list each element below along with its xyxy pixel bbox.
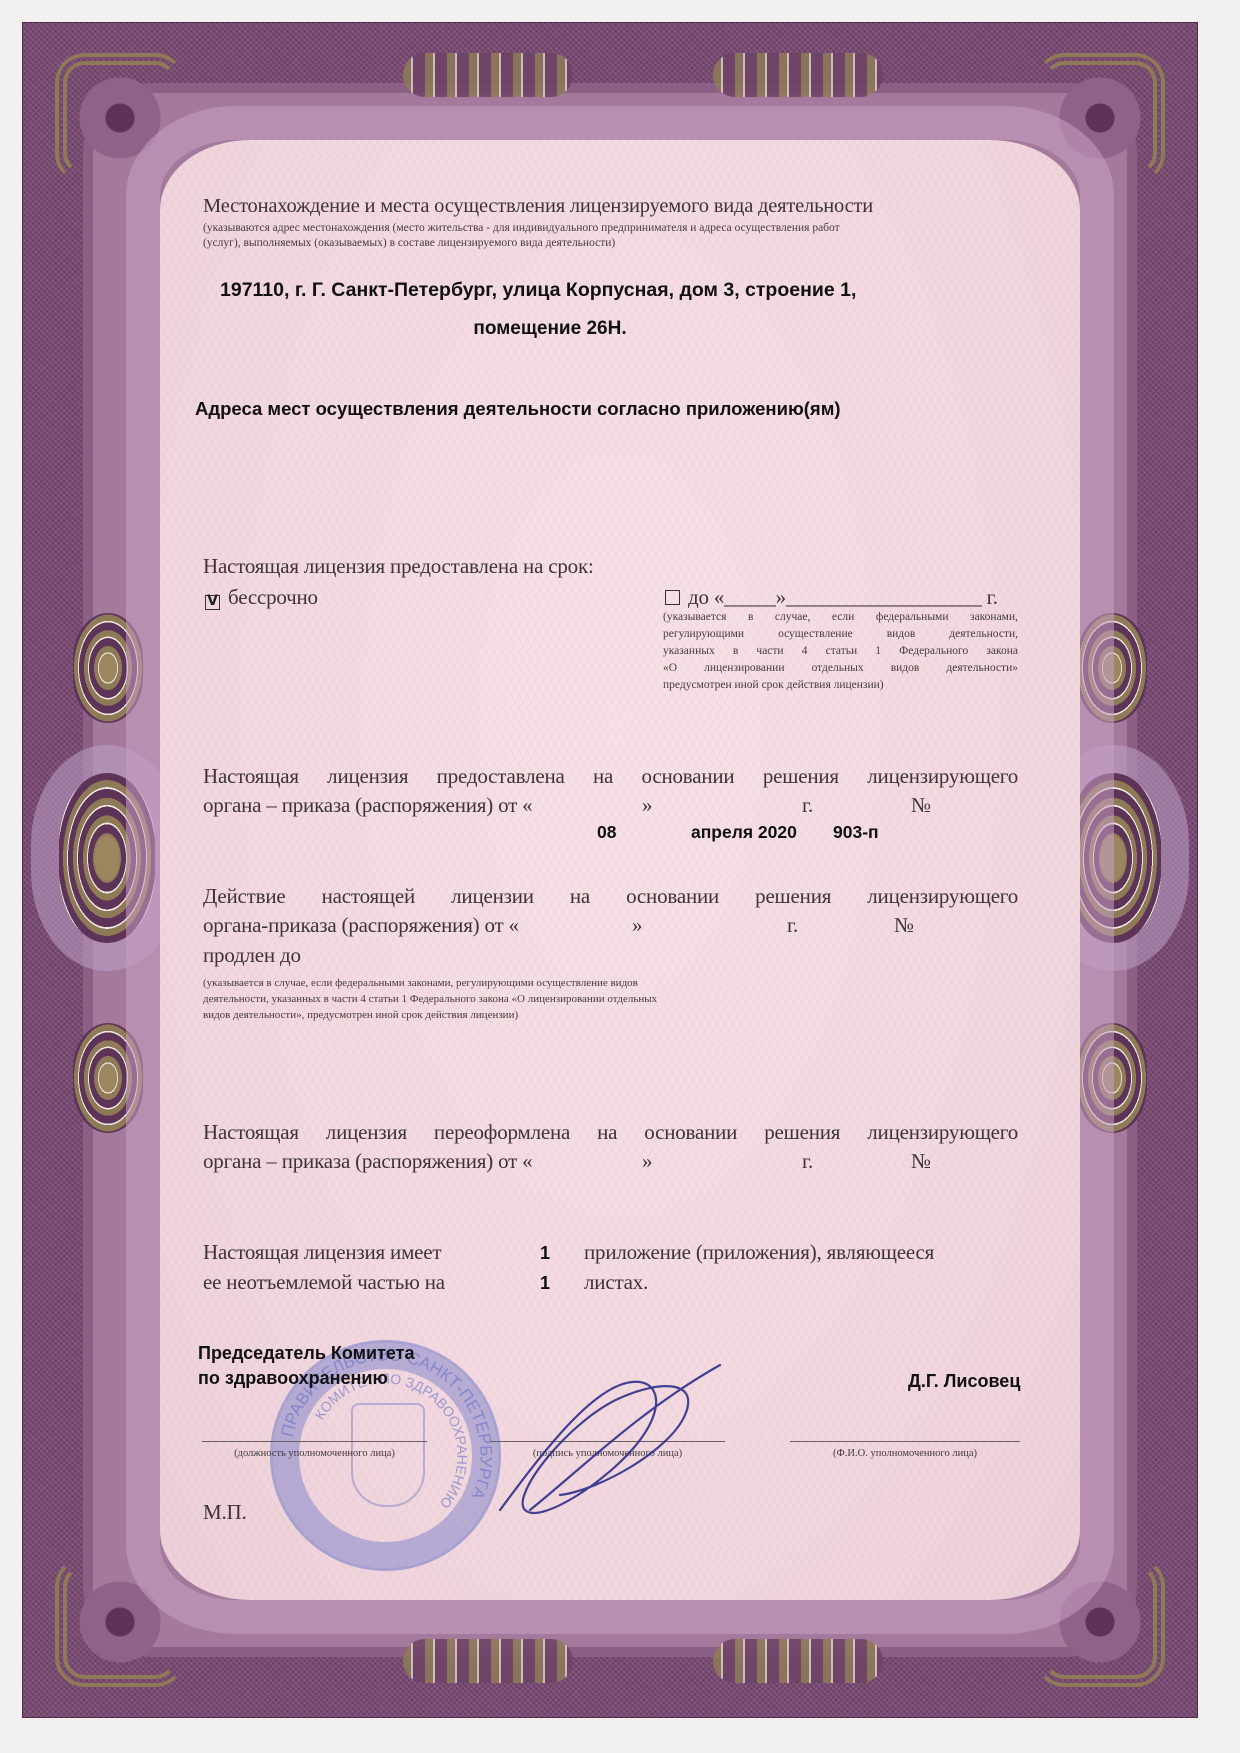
name-underline	[790, 1441, 1020, 1442]
appendix-line1-suffix: приложение (приложения), являющееся	[584, 1240, 934, 1265]
position-underline	[202, 1441, 427, 1442]
location-note-line1: (указываются адрес местонахождения (мест…	[203, 221, 840, 236]
term-until-label: до «_____»___________________ г.	[688, 585, 998, 609]
basis-year-suffix: г.	[802, 793, 813, 818]
address-line1: 197110, г. Г. Санкт-Петербург, улица Кор…	[220, 279, 856, 302]
signatory-name: Д.Г. Лисовец	[908, 1371, 1020, 1392]
term-heading: Настоящая лицензия предоставлена на срок…	[203, 554, 594, 579]
appendix-sheets: 1	[540, 1273, 550, 1294]
extension-number-sign: №	[894, 913, 914, 938]
medallion-ornament-icon	[73, 613, 143, 723]
term-option-indefinite[interactable]: Vбессрочно	[205, 585, 318, 610]
basis-day: 08	[597, 822, 616, 843]
signatory-position-line2: по здравоохранению	[198, 1368, 388, 1389]
basis-number: 903-п	[833, 822, 879, 843]
places-note: Адреса мест осуществления деятельности с…	[195, 398, 841, 420]
term-option-until[interactable]: до «_____»___________________ г.	[665, 585, 998, 610]
band-ornament-icon	[713, 53, 883, 97]
appendix-line1-prefix: Настоящая лицензия имеет	[203, 1240, 441, 1265]
extension-line3: продлен до	[203, 943, 301, 968]
reissue-year-suffix: г.	[802, 1149, 813, 1174]
medallion-ornament-icon	[73, 1023, 143, 1133]
basis-line2-prefix: органа – приказа (распоряжения) от «	[203, 793, 532, 818]
label-position: (должность уполномоченного лица)	[202, 1448, 427, 1459]
label-name: (Ф.И.О. уполномоченного лица)	[790, 1448, 1020, 1459]
reissue-line2-prefix: органа – приказа (распоряжения) от «	[203, 1149, 532, 1174]
term-indefinite-label: бессрочно	[228, 585, 318, 609]
medallion-ornament-icon	[59, 773, 155, 943]
medallion-ornament-icon	[1077, 613, 1147, 723]
extension-year-suffix: г.	[787, 913, 798, 938]
handwritten-signature	[470, 1360, 740, 1530]
basis-number-sign: №	[911, 793, 931, 818]
corner-ornament-icon	[55, 53, 185, 183]
band-ornament-icon	[713, 1639, 883, 1683]
checkbox-indefinite[interactable]: V	[205, 595, 220, 610]
reissue-quote-close: »	[642, 1149, 652, 1174]
basis-month-year: апреля 2020	[691, 822, 797, 843]
corner-ornament-icon	[55, 1557, 185, 1687]
address-line2: помещение 26Н.	[400, 318, 700, 340]
reissue-line1: Настоящая лицензия переоформлена на осно…	[203, 1120, 1018, 1145]
term-until-note: (указывается в случае, если федеральными…	[663, 609, 1018, 694]
checkbox-until[interactable]	[665, 590, 680, 605]
extension-quote-close: »	[632, 913, 642, 938]
basis-line1: Настоящая лицензия предоставлена на осно…	[203, 764, 1018, 789]
band-ornament-icon	[403, 1639, 573, 1683]
signatory-position-line1: Председатель Комитета	[198, 1343, 414, 1364]
appendix-line2-suffix: листах.	[584, 1270, 648, 1295]
extension-line1: Действие настоящей лицензии на основании…	[203, 884, 1018, 909]
medallion-ornament-icon	[1077, 1023, 1147, 1133]
reissue-number-sign: №	[911, 1149, 931, 1174]
extension-line2-prefix: органа-приказа (распоряжения) от «	[203, 913, 519, 938]
extension-note: (указывается в случае, если федеральными…	[203, 975, 657, 1023]
basis-quote-close: »	[642, 793, 652, 818]
band-ornament-icon	[403, 53, 573, 97]
appendix-count: 1	[540, 1243, 550, 1264]
appendix-line2-prefix: ее неотъемлемой частью на	[203, 1270, 445, 1295]
location-heading: Местонахождение и места осуществления ли…	[203, 195, 873, 218]
seal-mark: М.П.	[203, 1500, 247, 1525]
location-note-line2: (услуг), выполняемых (оказываемых) в сос…	[203, 236, 615, 251]
